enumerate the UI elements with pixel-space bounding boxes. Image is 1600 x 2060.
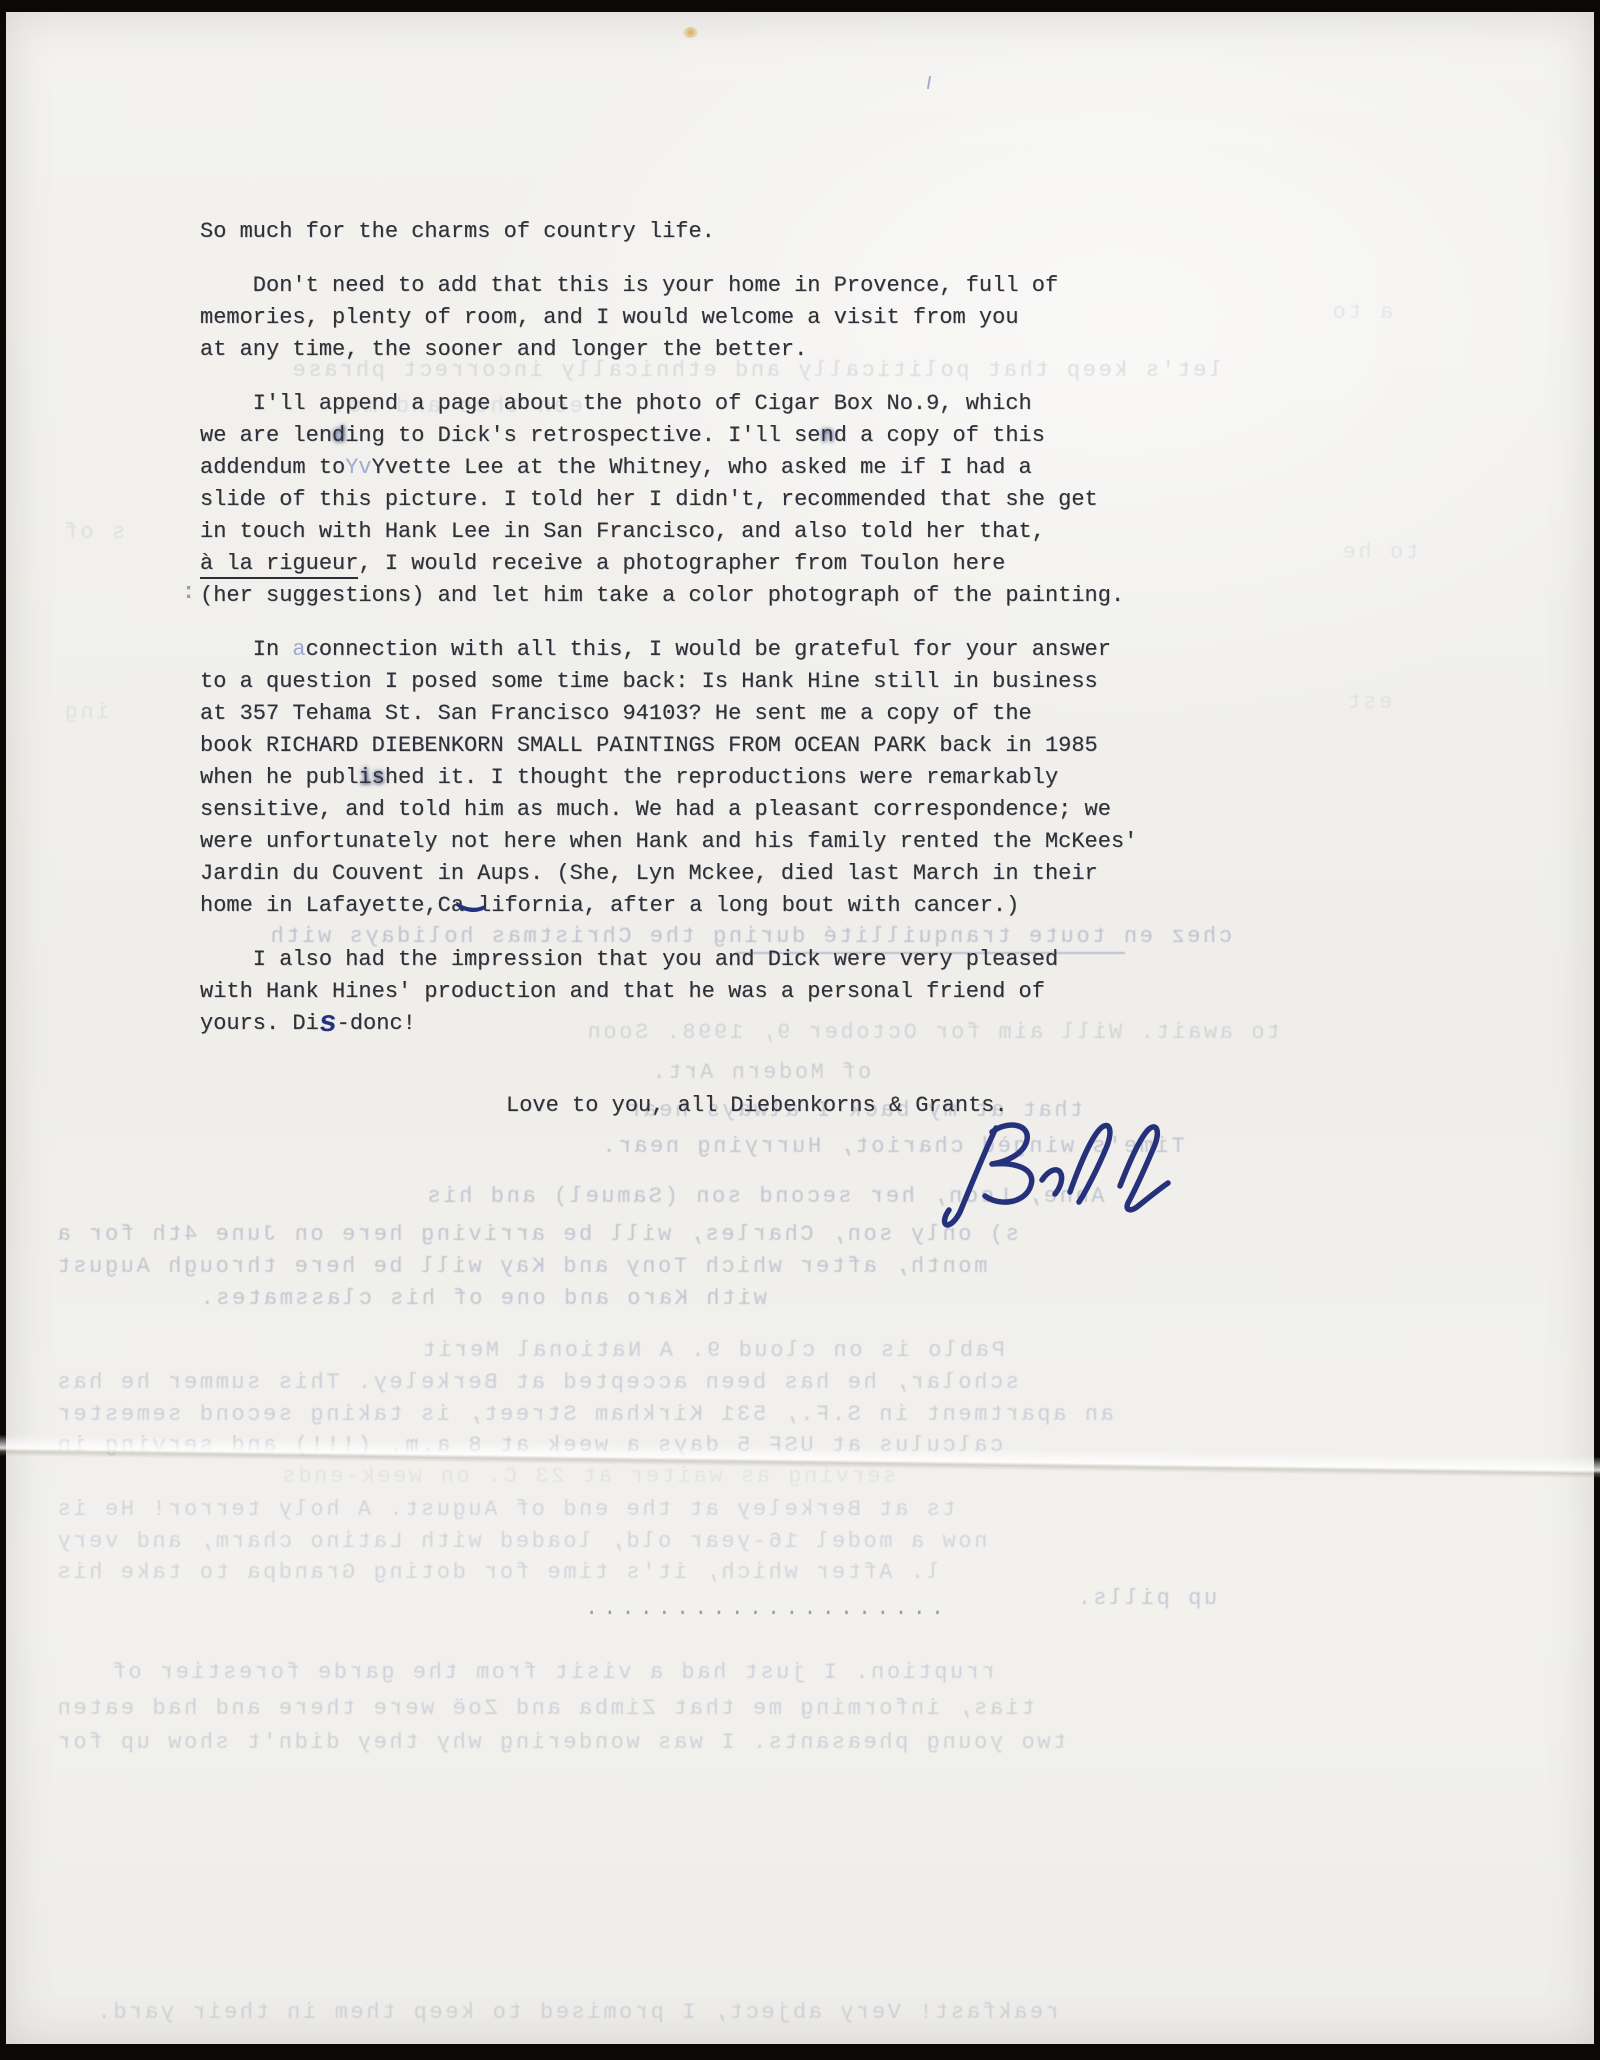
signature-stroke-l2 [1120,1127,1168,1210]
letter-line: at any time, the sooner and longer the b… [200,334,1280,366]
bleedthrough-line: with Karo and one of his classmates. [198,1286,767,1311]
letter-line: at 357 Tehama St. San Francisco 94103? H… [200,698,1280,730]
bleedthrough-line: reakfast! Very abject, I promised to kee… [95,2000,1059,2025]
letter-line: Don't need to add that this is your home… [200,270,1280,302]
bleedthrough-line: now a model 16-year old, loaded with Lat… [55,1529,987,1554]
bleedthrough-line: rruption. I just had a visit from the ga… [110,1660,995,1685]
letter-line: book RICHARD DIEBENKORN SMALL PAINTINGS … [200,730,1280,762]
paper-stain [683,27,698,38]
bleedthrough-line: up pills. [1075,1586,1217,1611]
bleedthrough-line: l. After which, it's time for doting Gra… [55,1560,940,1585]
letter-line: were unfortunately not here when Hank an… [200,826,1280,858]
letter-line: to a question I posed some time back: Is… [200,666,1280,698]
letter-line: slide of this picture. I told her I didn… [200,484,1280,516]
signature-stroke-b-stem [945,1128,996,1225]
letter-paragraph: I also had the impression that you and D… [200,944,1280,1040]
bleedthrough-line: s) only son, Charles, will be arriving h… [55,1222,1019,1247]
bleedthrough-line: : [182,580,198,605]
letter-line: addendum toYvYvette Lee at the Whitney, … [200,452,1280,484]
bleedthrough-line: ts at Berkeley at the end of August. A h… [55,1497,956,1522]
letter-line: (her suggestions) and let him take a col… [200,580,1280,612]
letter-line: So much for the charms of country life. [200,216,1280,248]
letter-paragraph: So much for the charms of country life. [200,216,1280,248]
letter-line: when he published it. I thought the repr… [200,762,1280,794]
letter-line: I'll append a page about the photo of Ci… [200,388,1280,420]
letter-line: home in Lafayette,Ca)lifornia, after a l… [200,890,1280,922]
letter-line: we are lending to Dick's retrospective. … [200,420,1280,452]
bleedthrough-line: Pablo is on cloud 9. A National Merit [420,1338,1005,1363]
bleedthrough-line: s of [62,520,125,545]
bleedthrough-line: two young pheasants. I was wondering why… [55,1730,1066,1755]
letter-line: in touch with Hank Lee in San Francisco,… [200,516,1280,548]
letter-body: So much for the charms of country life. … [200,216,1280,1122]
letter-line: Jardin du Couvent in Aups. (She, Lyn Mck… [200,858,1280,890]
letter-line: à la rigueur, I would receive a photogra… [200,548,1280,580]
letter-paragraph: I'll append a page about the photo of Ci… [200,388,1280,612]
scanned-letter: .................... let's keep that pol… [0,0,1600,2060]
signature-stroke-l1 [1070,1125,1110,1202]
bleedthrough-line: est [1345,690,1392,715]
letter-line: sensitive, and told him as much. We had … [200,794,1280,826]
bleedthrough-line: ing [62,700,109,725]
signature-stroke-i [1042,1170,1062,1194]
dotted-separator: .................... [585,1596,949,1621]
letter-line: In aconnection with all this, I would be… [200,634,1280,666]
bleedthrough-line: a to [1330,300,1393,325]
bleedthrough-line: tias, informing me that Zimba and Zoë we… [55,1696,1035,1721]
letter-line: with Hank Hines' production and that he … [200,976,1280,1008]
letter-line: yours. Dis-donc! [200,1008,1280,1040]
letter-paragraph: Don't need to add that this is your home… [200,270,1280,366]
bleedthrough-line: an apartment in S.F., 531 Kirkham Street… [55,1402,1114,1427]
signature-bill [930,1118,1210,1243]
bleedthrough-line: month, after which Tony and Kay will be … [55,1254,987,1279]
letter-line: memories, plenty of room, and I would we… [200,302,1280,334]
bleedthrough-line: scholar, he has been accepted at Berkele… [55,1370,1019,1395]
letter-paragraph: In aconnection with all this, I would be… [200,634,1280,922]
letter-line: I also had the impression that you and D… [200,944,1280,976]
bleedthrough-line: to he [1340,540,1419,565]
